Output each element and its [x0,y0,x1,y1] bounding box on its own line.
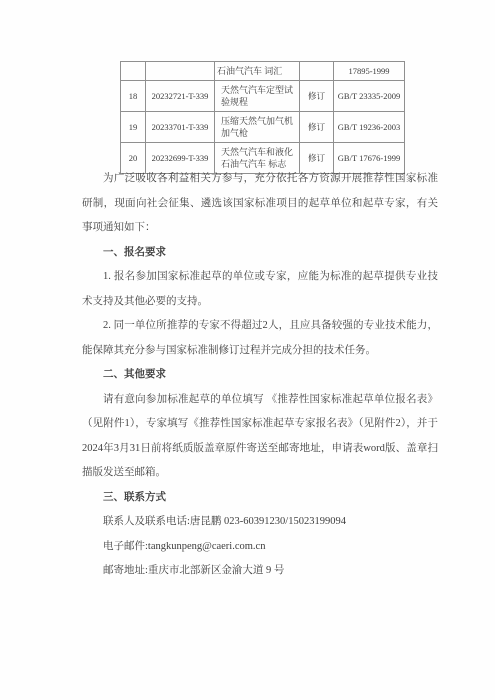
revision-type-cell: 修订 [300,81,334,112]
project-code-cell: 20233701-T-339 [146,112,215,143]
standard-number-cell: 17895-1999 [334,62,405,81]
section-1-paragraph-1: 1. 报名参加国家标准起草的单位或专家，应能为标准的起草提供专业技术支持及其他必… [82,265,438,314]
table-row: 石油气汽车 词汇 17895-1999 [121,62,405,81]
email-line: 电子邮件:tangkunpeng@caeri.com.cn [82,535,438,560]
standard-number-cell: GB/T 19236-2003 [334,112,405,143]
row-number-cell: 18 [121,81,146,112]
intro-paragraph: 为广泛吸收各利益相关方参与，充分依托各方资源开展推荐性国家标准研制，现面向社会征… [82,167,438,241]
row-number-cell: 19 [121,112,146,143]
section-2-paragraph-1: 请有意向参加标准起草的单位填写 《推荐性国家标准起草单位报名表》（见附件1），专… [82,388,438,486]
table-row: 19 20233701-T-339 压缩天然气加气机加气枪 修订 GB/T 19… [121,112,405,143]
project-code-cell [146,62,215,81]
scanned-document-page: 石油气汽车 词汇 17895-1999 18 20232721-T-339 天然… [0,0,495,700]
section-3-heading: 三、联系方式 [82,486,438,511]
project-code-cell: 20232721-T-339 [146,81,215,112]
revision-type-cell [300,62,334,81]
mailing-address-line: 邮寄地址:重庆市北部新区金渝大道 9 号 [82,559,438,584]
section-1-paragraph-2: 2. 同一单位所推荐的专家不得超过2人，且应具备较强的专业技术能力，能保障其充分… [82,314,438,363]
standard-number-cell: GB/T 23335-2009 [334,81,405,112]
project-name-cell: 石油气汽车 词汇 [215,62,300,81]
standards-table: 石油气汽车 词汇 17895-1999 18 20232721-T-339 天然… [120,61,405,174]
project-name-cell: 压缩天然气加气机加气枪 [215,112,300,143]
revision-type-cell: 修订 [300,112,334,143]
project-name-cell: 天然气汽车定型试验规程 [215,81,300,112]
table-row: 18 20232721-T-339 天然气汽车定型试验规程 修订 GB/T 23… [121,81,405,112]
row-number-cell [121,62,146,81]
notice-body: 为广泛吸收各利益相关方参与，充分依托各方资源开展推荐性国家标准研制，现面向社会征… [82,167,438,584]
section-1-heading: 一、报名要求 [82,241,438,266]
section-2-heading: 二、其他要求 [82,363,438,388]
contact-person-line: 联系人及联系电话:唐昆鹏 023-60391230/15023199094 [82,510,438,535]
